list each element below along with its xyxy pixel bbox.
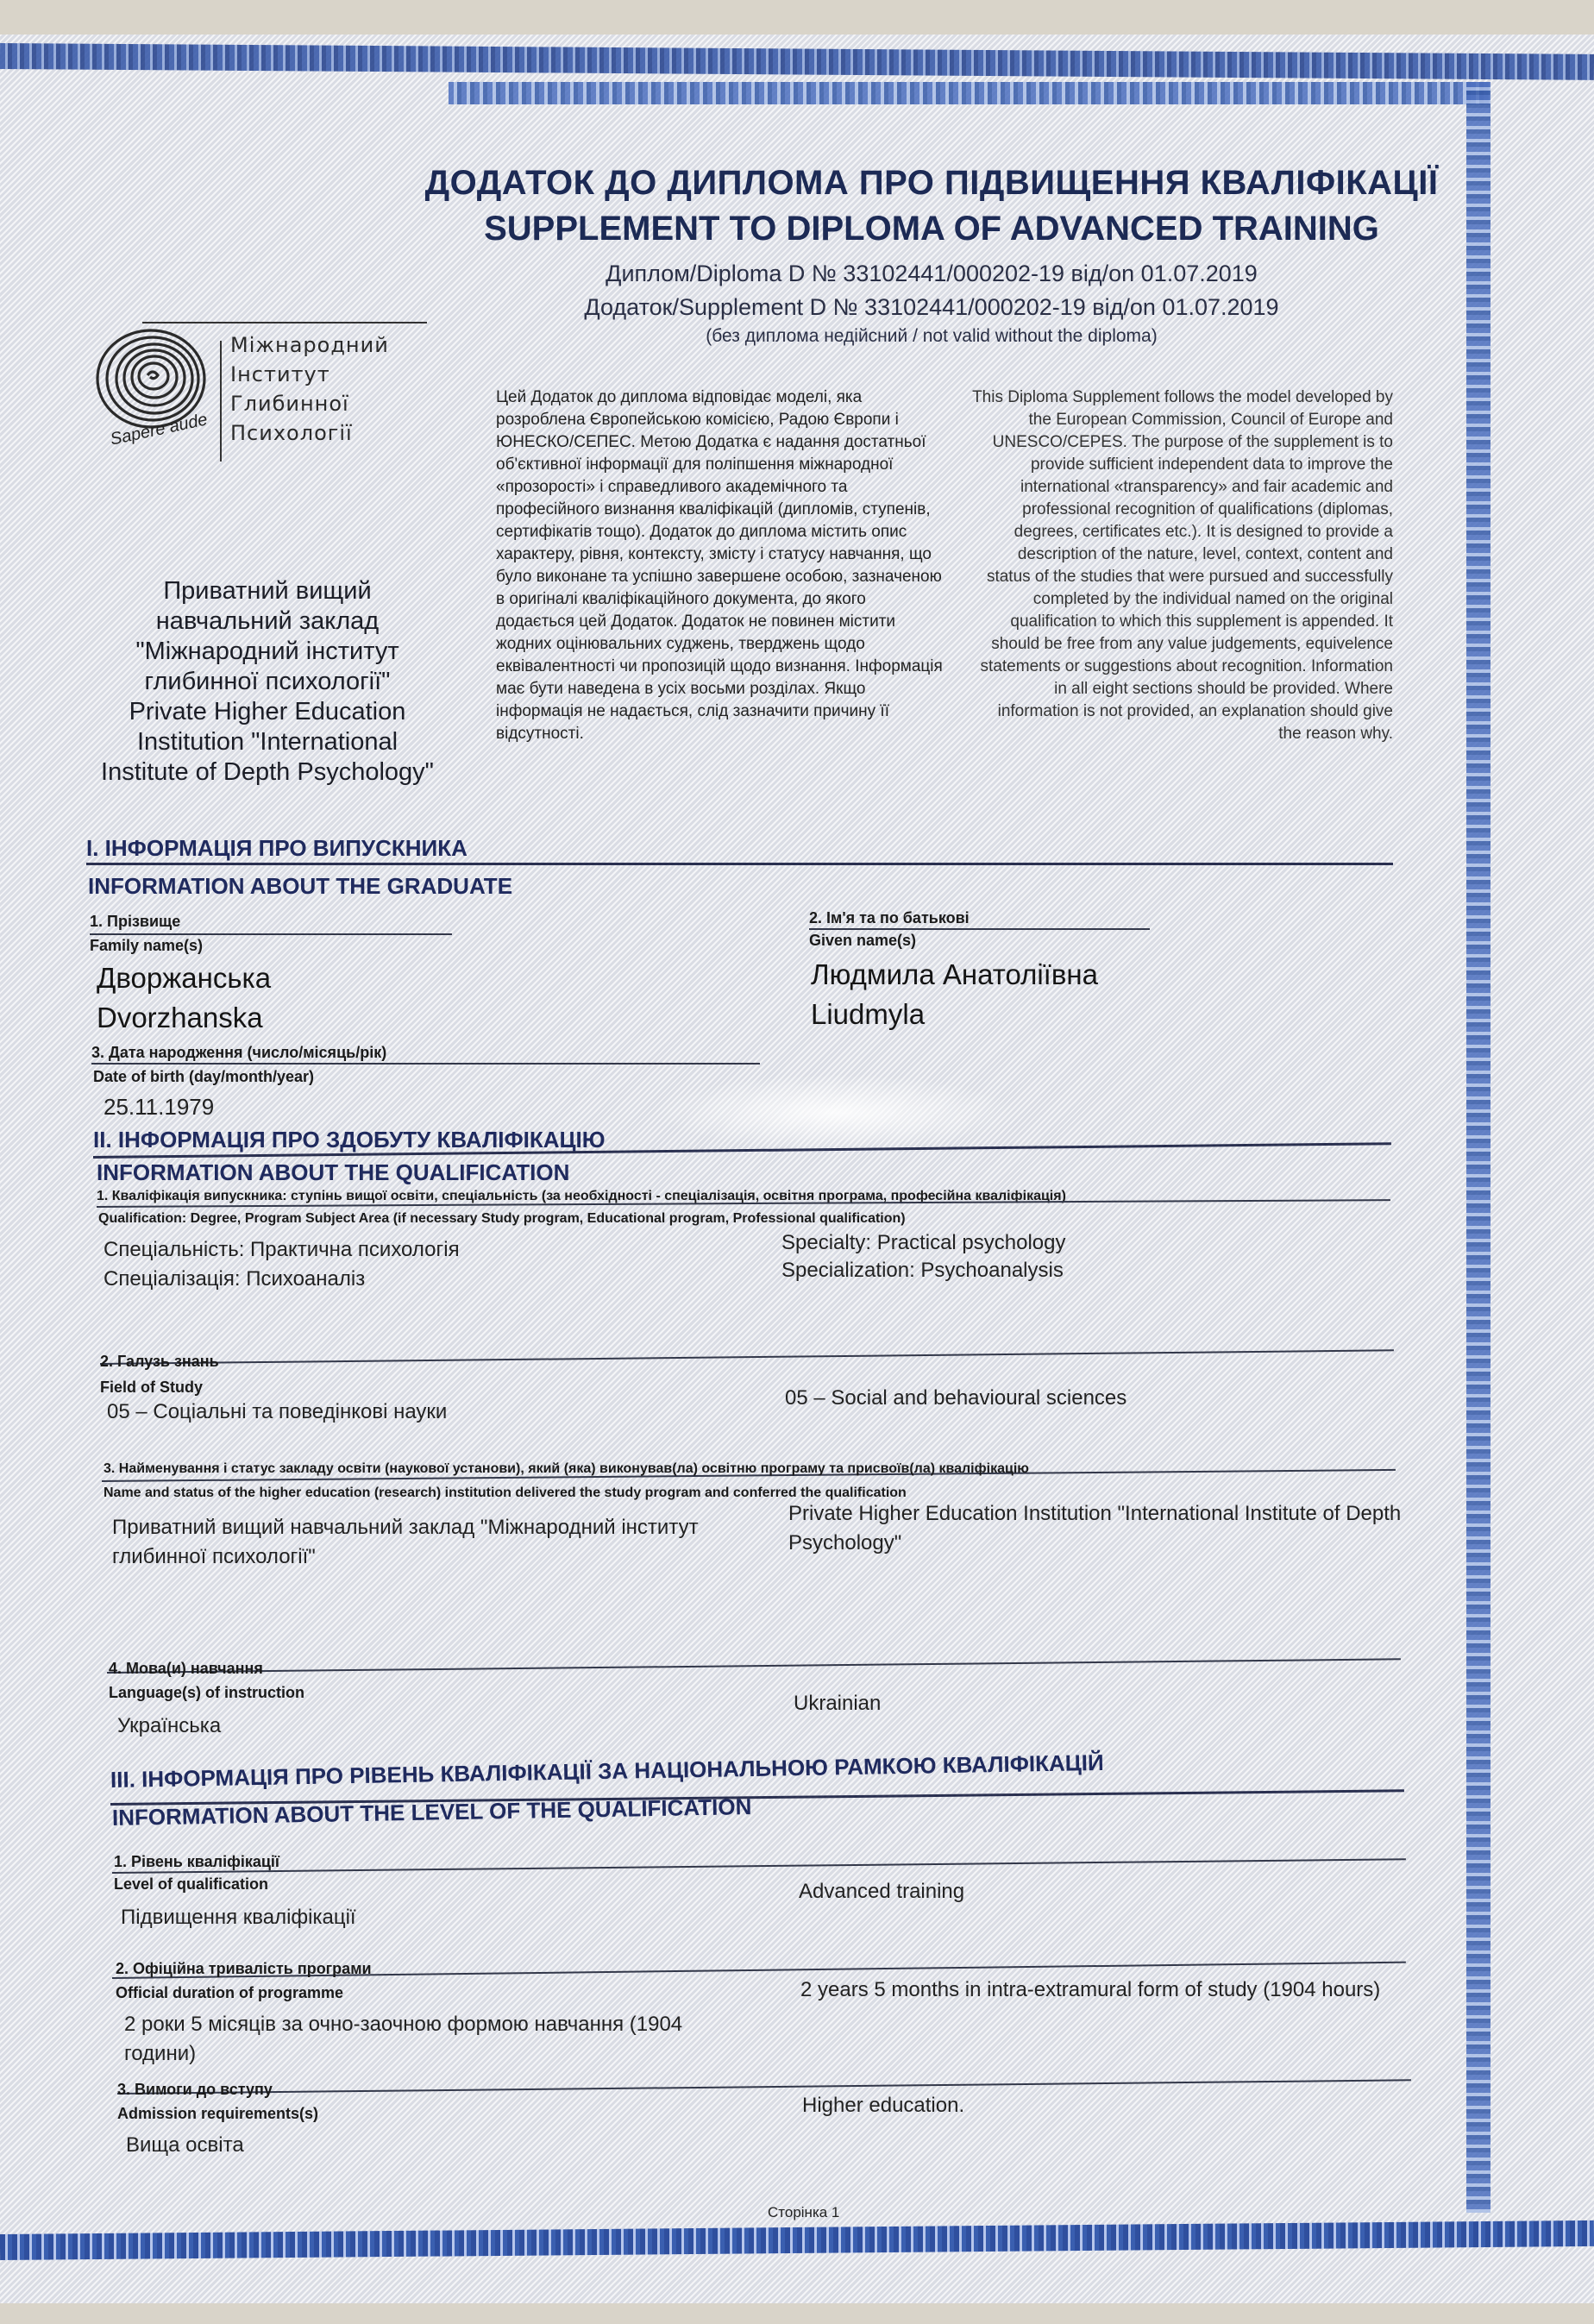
institution-name-line: Institute of Depth Psychology": [86, 757, 449, 788]
field-divider: [107, 1658, 1401, 1674]
section2-heading-ua: II. ІНФОРМАЦІЯ ПРО ЗДОБУТУ КВАЛІФІКАЦІЮ: [93, 1127, 606, 1153]
language-label-en: Language(s) of instruction: [109, 1684, 304, 1702]
family-name-label-ua: 1. Прізвище: [90, 913, 180, 931]
logo-line: Психології: [230, 418, 389, 448]
intro-text-en: This Diploma Supplement follows the mode…: [970, 386, 1393, 745]
institution-name-line: Private Higher Education: [86, 697, 449, 727]
given-name-label-ua: 2. Ім'я та по батькові: [809, 909, 970, 927]
section3-heading-ua: III. ІНФОРМАЦІЯ ПРО РІВЕНЬ КВАЛІФІКАЦІЇ …: [110, 1749, 1104, 1793]
level-label-ua: 1. Рівень кваліфікації: [114, 1853, 279, 1871]
given-name-value-ua: Людмила Анатоліївна: [811, 956, 1098, 994]
title-ua: ДОДАТОК ДО ДИПЛОМА ПРО ПІДВИЩЕННЯ КВАЛІФ…: [414, 164, 1449, 203]
admission-label-ua: 3. Вимоги до вступу: [117, 2081, 273, 2099]
birth-date-label-en: Date of birth (day/month/year): [93, 1068, 314, 1086]
institution-name-line: глибинної психології": [86, 667, 449, 697]
language-label-ua: 4. Мова(и) навчання: [109, 1660, 263, 1678]
duration-value-ua: 2 роки 5 місяців за очно-заочною формою …: [124, 2010, 745, 2069]
institution-value-en: Private Higher Education Institution "In…: [788, 1499, 1409, 1558]
institution-name-line: "Міжнародний інститут: [86, 637, 449, 667]
diploma-supplement: ДОДАТОК ДО ДИПЛОМА ПРО ПІДВИЩЕННЯ КВАЛІФ…: [0, 0, 1594, 2324]
admission-label-en: Admission requirements(s): [117, 2105, 318, 2123]
section3-heading-en: INFORMATION ABOUT THE LEVEL OF THE QUALI…: [112, 1793, 752, 1831]
institution-name-line: Institution "International: [86, 727, 449, 757]
not-valid-note: (без диплома недійсний / not valid witho…: [414, 326, 1449, 347]
section1-heading-en: INFORMATION ABOUT THE GRADUATE: [88, 873, 512, 900]
title-en: SUPPLEMENT TO DIPLOMA OF ADVANCED TRAINI…: [414, 210, 1449, 248]
qualification-label-en: Qualification: Degree, Program Subject A…: [98, 1211, 906, 1227]
given-name-value-en: Liudmyla: [811, 996, 925, 1033]
level-label-en: Level of qualification: [114, 1875, 268, 1894]
institute-logo: Sapere aude Міжнародний Інститут Глибинн…: [91, 315, 418, 453]
section1-heading-ua: I. ІНФОРМАЦІЯ ПРО ВИПУСКНИКА: [86, 835, 468, 862]
field-of-study-label-ua: 2. Галузь знань: [100, 1353, 219, 1371]
field-divider: [90, 933, 452, 935]
institution-name-line: навчальний заклад: [86, 606, 449, 637]
specialization-value-en: Specialization: Psychoanalysis: [781, 1256, 1064, 1285]
logo-line: Глибинної: [230, 389, 389, 418]
language-value-ua: Українська: [117, 1712, 221, 1741]
field-of-study-value-ua: 05 – Соціальні та поведінкові науки: [107, 1398, 447, 1427]
birth-date-label-ua: 3. Дата народження (число/місяць/рік): [91, 1044, 386, 1062]
institution-name-block: Приватний вищий навчальний заклад "Міжна…: [86, 576, 449, 788]
duration-value-en: 2 years 5 months in intra-extramural for…: [800, 1975, 1421, 2005]
level-value-en: Advanced training: [799, 1877, 964, 1906]
institution-label-ua: 3. Найменування і статус закладу освіти …: [104, 1461, 1029, 1477]
intro-text-ua: Цей Додаток до диплома відповідає моделі…: [496, 386, 944, 745]
duration-label-en: Official duration of programme: [116, 1984, 343, 2002]
institution-label-en: Name and status of the higher education …: [104, 1485, 907, 1501]
specialty-value-en: Specialty: Practical psychology: [781, 1228, 1065, 1258]
institution-value-ua: Приватний вищий навчальний заклад "Міжна…: [112, 1513, 768, 1572]
field-of-study-label-en: Field of Study: [100, 1379, 203, 1397]
specialty-value-ua: Спеціальність: Практична психологія: [104, 1235, 460, 1265]
document-header: ДОДАТОК ДО ДИПЛОМА ПРО ПІДВИЩЕННЯ КВАЛІФ…: [414, 164, 1449, 347]
field-divider: [809, 928, 1150, 930]
logo-line: Міжнародний: [230, 330, 389, 360]
institution-name-line: Приватний вищий: [86, 576, 449, 606]
family-name-label-en: Family name(s): [90, 937, 203, 955]
field-divider: [100, 1349, 1394, 1365]
birth-date-value: 25.11.1979: [104, 1092, 214, 1121]
logo-text: Міжнародний Інститут Глибинної Психологі…: [230, 330, 389, 448]
logo-line: Інститут: [230, 360, 389, 389]
logo-divider: [142, 322, 427, 323]
field-of-study-value-en: 05 – Social and behavioural sciences: [785, 1384, 1126, 1413]
duration-label-ua: 2. Офіційна тривалість програми: [116, 1960, 372, 1978]
field-divider: [91, 1063, 760, 1065]
field-divider: [117, 2079, 1411, 2095]
family-name-value-en: Dvorzhanska: [97, 999, 263, 1037]
admission-value-ua: Вища освіта: [126, 2131, 244, 2160]
section2-heading-en: INFORMATION ABOUT THE QUALIFICATION: [97, 1159, 569, 1186]
section-divider: [86, 863, 1393, 865]
language-value-en: Ukrainian: [794, 1689, 881, 1718]
field-divider: [112, 1858, 1406, 1874]
given-name-label-en: Given name(s): [809, 932, 916, 950]
admission-value-en: Higher education.: [802, 2091, 964, 2120]
page-number: Сторінка 1: [768, 2204, 839, 2221]
family-name-value-ua: Дворжанська: [97, 959, 271, 997]
diploma-number: Диплом/Diploma D № 33102441/000202-19 ві…: [414, 261, 1449, 287]
level-value-ua: Підвищення кваліфікації: [121, 1903, 356, 1932]
supplement-number: Додаток/Supplement D № 33102441/000202-1…: [414, 294, 1449, 321]
specialization-value-ua: Спеціалізація: Психоаналіз: [104, 1265, 365, 1294]
logo-divider-vertical: [220, 341, 222, 462]
